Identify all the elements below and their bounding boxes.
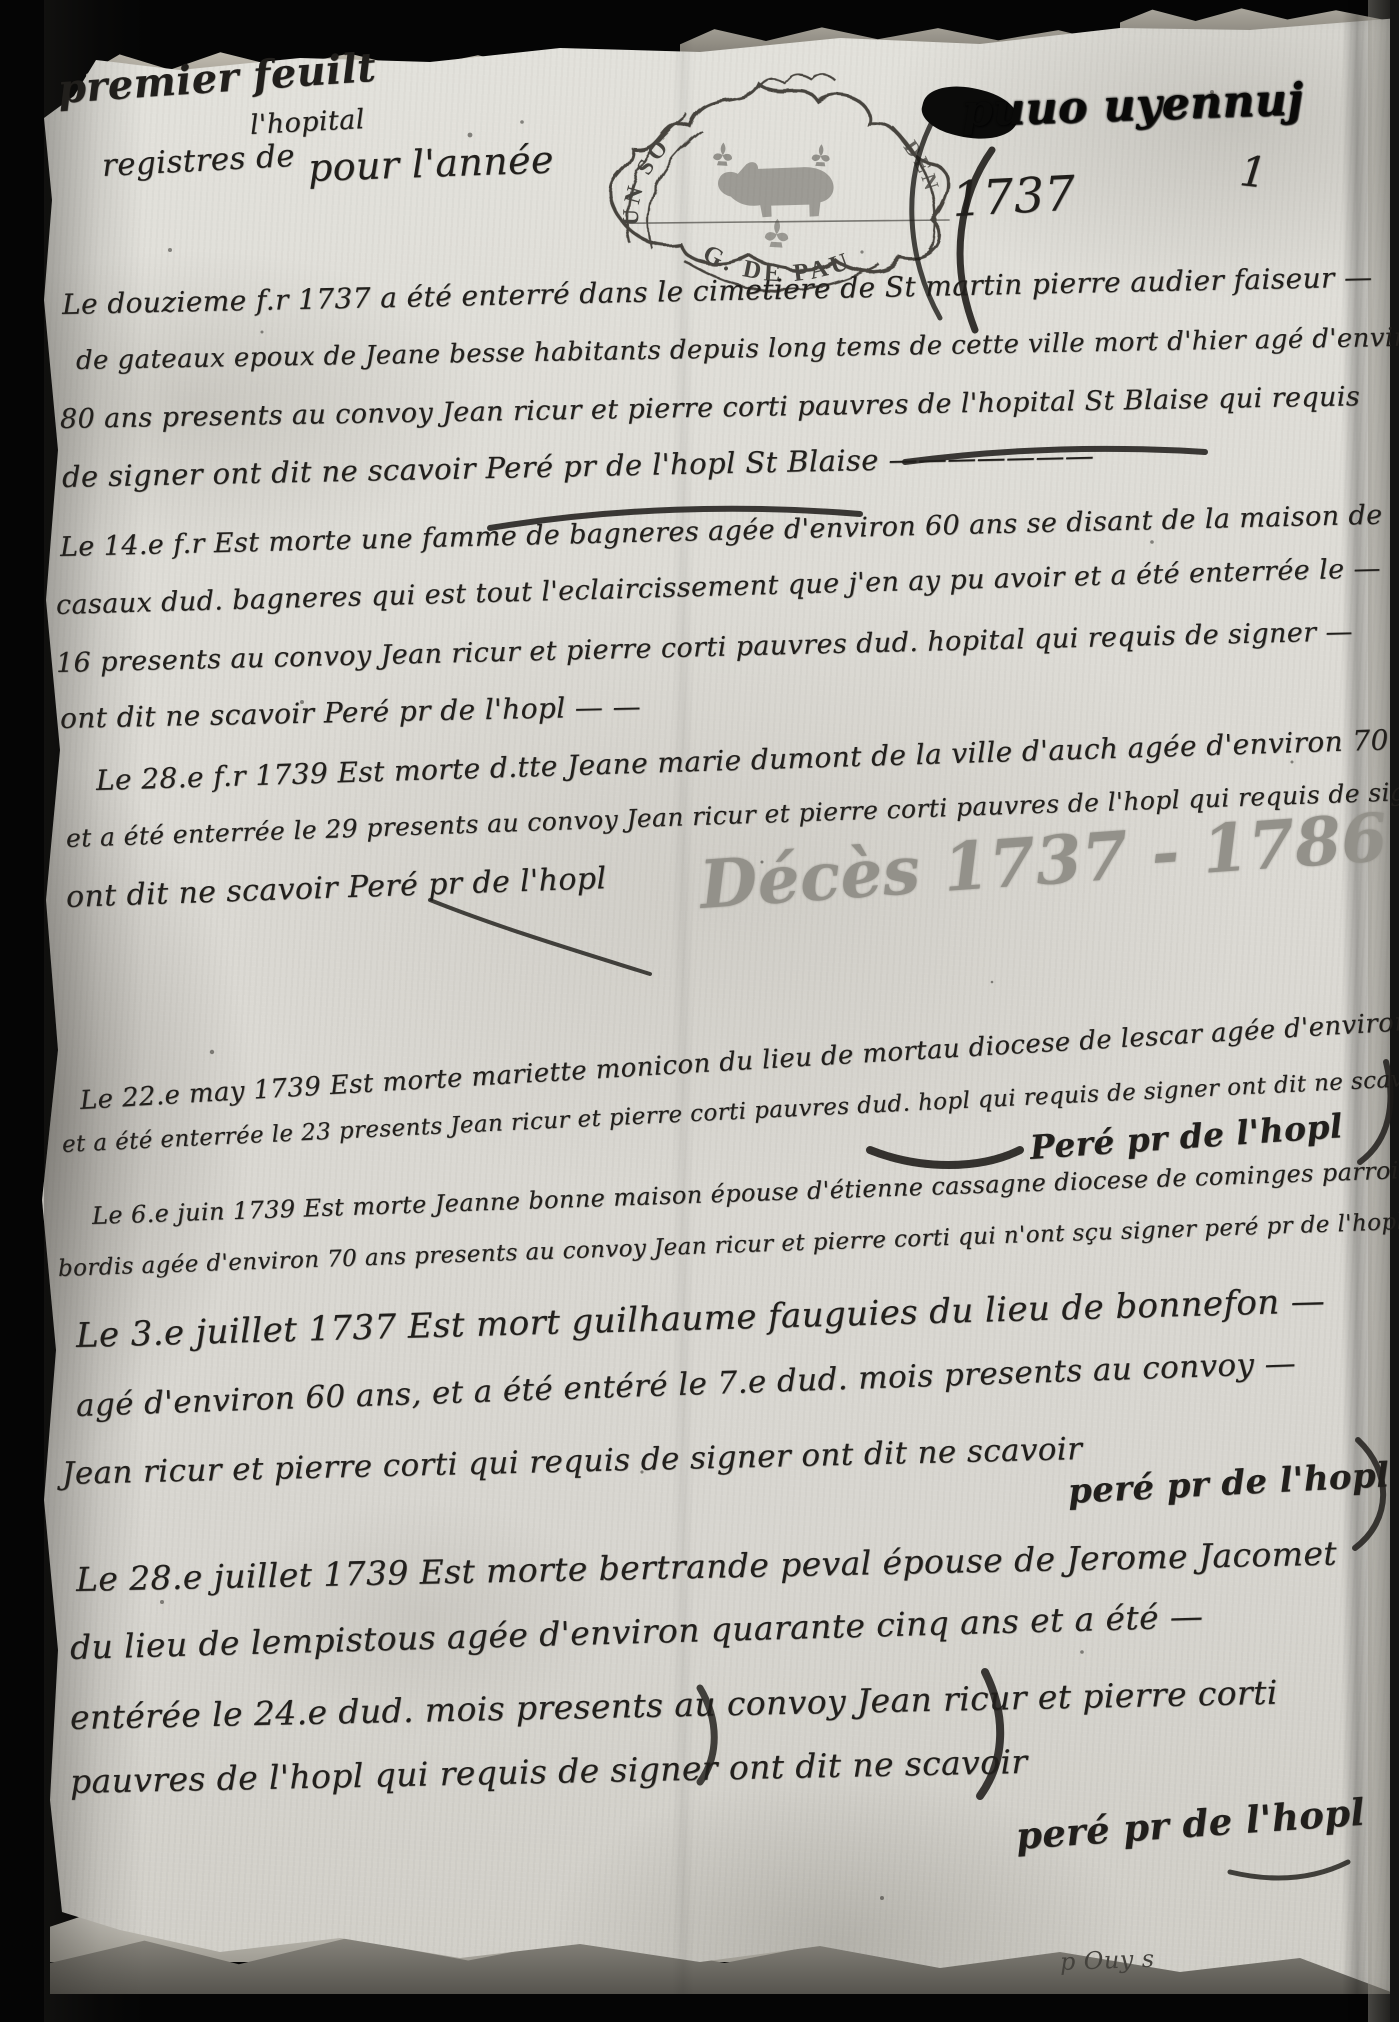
stamp-text-left: UN SO	[617, 131, 675, 229]
cow-icon	[716, 160, 834, 221]
tax-stamp: UN SO DEN G. DE PAU	[606, 62, 957, 299]
fleur-de-lis-icon	[713, 142, 733, 166]
title-suffix: pour l'année	[307, 137, 554, 190]
folio-number: 1	[1237, 146, 1269, 198]
title-insert: l'hopital	[249, 104, 365, 141]
scanned-register-page: UN SO DEN G. DE PAU	[0, 0, 1399, 2022]
year-heading: 1737	[951, 166, 1078, 228]
fleur-de-lis-icon	[811, 144, 830, 167]
